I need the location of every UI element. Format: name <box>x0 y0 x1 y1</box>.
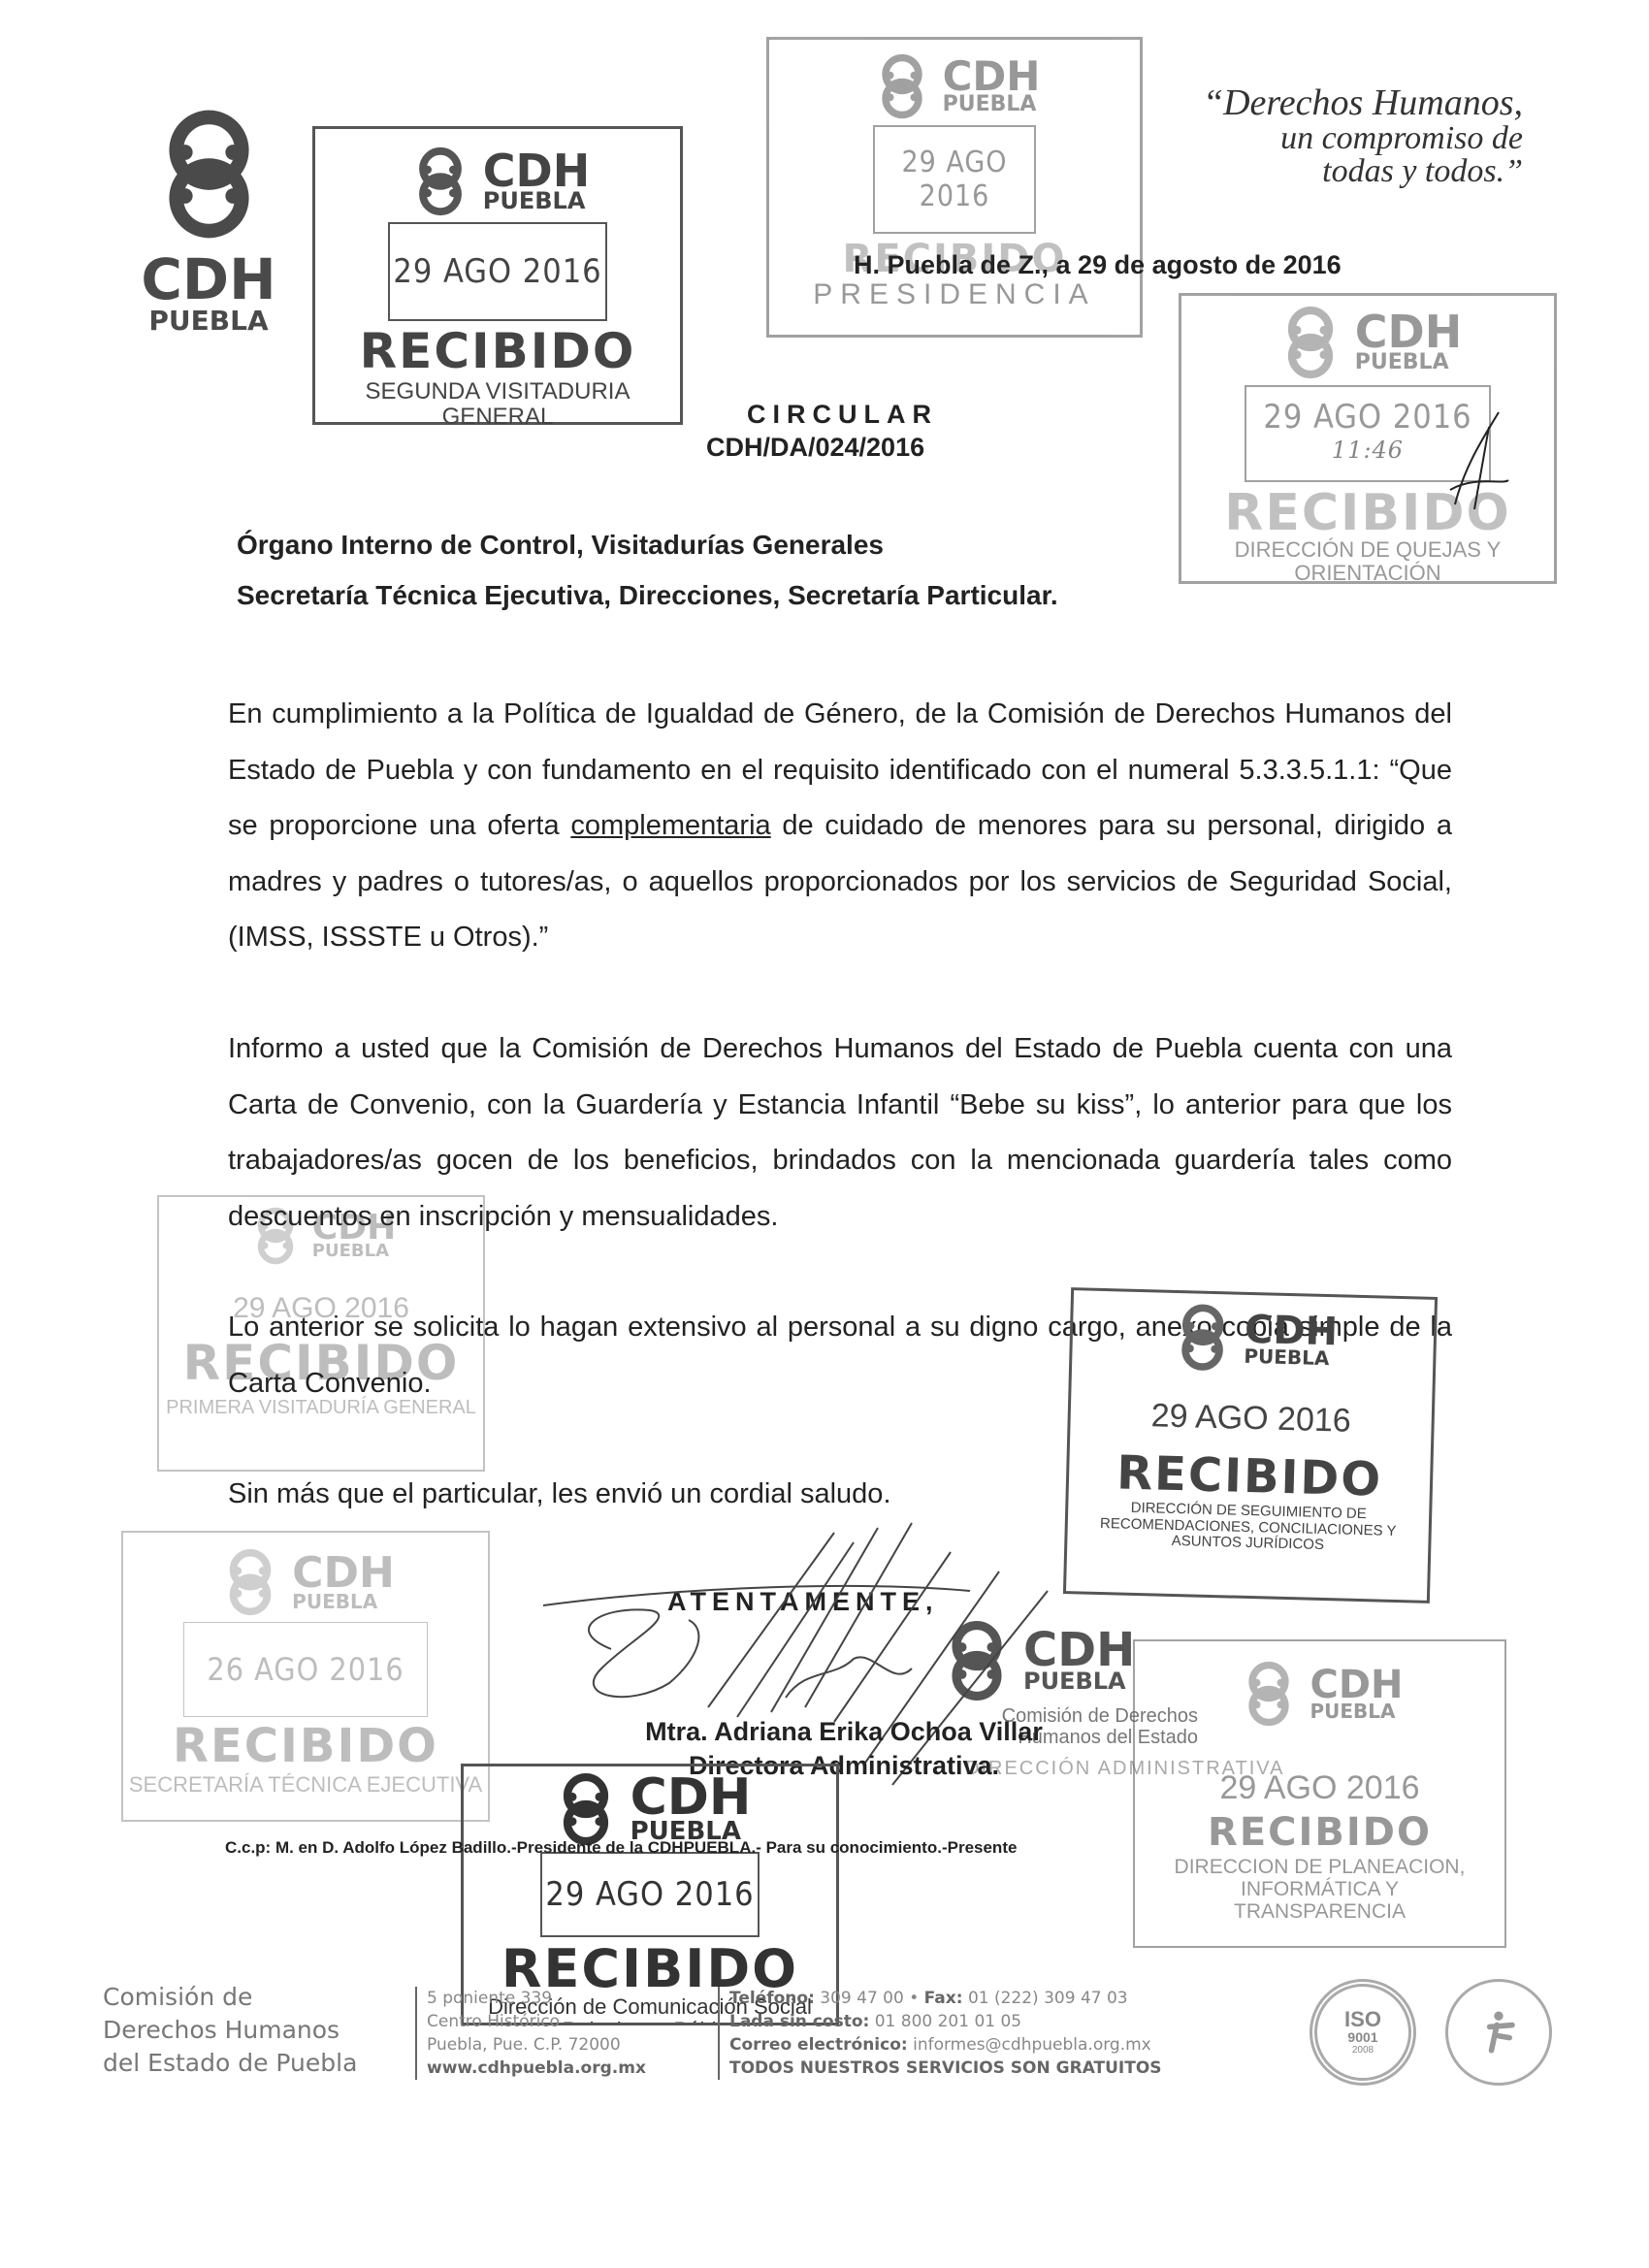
circular-title: CIRCULAR <box>747 400 938 430</box>
stamp-brand: CDH <box>630 1775 752 1821</box>
stamp-date: 29 AGO 2016 <box>873 125 1036 234</box>
cdh-flower-logo-icon <box>549 1772 623 1846</box>
motto: “Derechos Humanos, un compromiso de toda… <box>1096 83 1523 188</box>
motto-line-2: un compromiso de <box>1096 122 1523 155</box>
circular-number: CDH/DA/024/2016 <box>706 433 924 463</box>
cdh-flower-logo-icon <box>144 109 275 240</box>
carbon-copy-line: C.c.p: M. en D. Adolfo López Badillo.-Pr… <box>225 1838 1017 1858</box>
stamp-department: DIRECCIÓN DE QUEJAS Y ORIENTACIÓN <box>1181 538 1554 585</box>
logo-subtitle: PUEBLA <box>136 307 281 336</box>
place-date: H. Puebla de Z., a 29 de agosto de 2016 <box>854 250 1342 280</box>
cdh-flower-logo-icon <box>1274 306 1347 379</box>
cdh-flower-logo-icon <box>405 146 475 216</box>
recipients: Órgano Interno de Control, Visitadurías … <box>237 520 1058 621</box>
motto-line-3: todas y todos.” <box>1096 155 1523 188</box>
logo-title: CDH <box>136 252 281 307</box>
stamp-sub: PUEBLA <box>1244 1345 1330 1370</box>
gender-equity-seal <box>1445 1979 1552 2086</box>
stamp-status: RECIBIDO <box>315 327 680 375</box>
cdh-flower-logo-icon <box>216 1548 284 1616</box>
received-stamp-segunda-visitaduria: CDHPUEBLA 29 AGO 2016 RECIBIDO SEGUNDA V… <box>312 126 683 425</box>
stamp-date: 29 AGO 2016 <box>388 222 607 321</box>
recipients-line-1: Órgano Interno de Control, Visitadurías … <box>237 520 1058 570</box>
footer-email-link[interactable]: informes@cdhpuebla.org.mx <box>913 2035 1151 2055</box>
running-figure-icon <box>1471 2005 1526 2059</box>
body-paragraph-1: En cumplimiento a la Política de Igualda… <box>228 687 1452 966</box>
footer-address: 5 poniente 339 Centro Histórico Puebla, … <box>415 1987 646 2080</box>
stamp-department: SECRETARÍA TÉCNICA EJECUTIVA <box>123 1773 488 1797</box>
signer-name: Mtra. Adriana Erika Ochoa Villar <box>543 1717 1145 1747</box>
stamp-brand: CDH <box>292 1554 395 1593</box>
stamp-date-text: 29 AGO 2016 <box>1263 401 1471 434</box>
stamp-status: RECIBIDO <box>1069 1448 1431 1505</box>
stamp-department: DIRECCION DE PLANEACION, INFORMÁTICA Y T… <box>1175 1856 1466 1923</box>
stamp-sub: PUEBLA <box>943 92 1037 116</box>
stamp-date: 29 AGO 2016 <box>540 1852 760 1937</box>
stamp-brand: CDH <box>483 151 590 191</box>
recipients-line-2: Secretaría Técnica Ejecutiva, Direccione… <box>237 570 1058 621</box>
received-stamp-presidencia: CDHPUEBLA 29 AGO 2016 RECIBIDO PRESIDENC… <box>766 37 1143 338</box>
received-stamp-planeacion: CDHPUEBLA 29 AGO 2016 RECIBIDO DIRECCION… <box>1133 1639 1506 1948</box>
stamp-date: 29 AGO 2016 <box>1135 1769 1504 1807</box>
motto-line-1: “Derechos Humanos, <box>1096 83 1523 122</box>
underlined-word: complementaria <box>570 810 770 841</box>
stamp-department: SEGUNDA VISITADURIA GENERAL <box>315 379 680 431</box>
cdh-logo: CDH PUEBLA <box>136 109 281 336</box>
footer-organization: Comisión de Derechos Humanos del Estado … <box>103 1981 357 2080</box>
footer-website-link[interactable]: www.cdhpuebla.org.mx <box>427 2057 646 2080</box>
iso-9001-seal: ISO 9001 2008 <box>1309 1979 1416 2086</box>
stamp-status: RECIBIDO <box>1135 1813 1504 1852</box>
stamp-sub: PUEBLA <box>483 187 586 214</box>
stamp-handwritten-time: 11:46 <box>1332 434 1404 467</box>
footer-free-services: TODOS NUESTROS SERVICIOS SON GRATUITOS <box>729 2057 1162 2080</box>
body-paragraph-2: Informo a usted que la Comisión de Derec… <box>228 1021 1452 1245</box>
stamp-date: 29 AGO 2016 <box>1070 1395 1432 1442</box>
handwritten-initials-icon <box>1445 407 1513 514</box>
stamp-department: PRESIDENCIA <box>769 278 1140 310</box>
stamp-brand: CDH <box>1355 312 1462 352</box>
stamp-brand: CDH <box>1309 1668 1403 1702</box>
received-stamp-secretaria-tecnica: CDHPUEBLA 26 AGO 2016 RECIBIDO SECRETARÍ… <box>121 1531 490 1822</box>
stamp-date: 26 AGO 2016 <box>183 1622 428 1717</box>
cdh-flower-logo-icon <box>1168 1303 1238 1373</box>
footer-contact: Teléfono: 309 47 00 • Fax: 01 (222) 309 … <box>718 1987 1162 2080</box>
stamp-brand: CDH <box>943 58 1041 95</box>
cdh-flower-logo-icon <box>1236 1661 1302 1727</box>
stamp-sub: PUEBLA <box>1309 1700 1395 1723</box>
cdh-flower-logo-icon <box>869 53 935 119</box>
stamp-status: RECIBIDO <box>123 1723 488 1769</box>
stamp-sub: PUEBLA <box>1355 350 1449 374</box>
stamp-sub: PUEBLA <box>292 1590 377 1613</box>
